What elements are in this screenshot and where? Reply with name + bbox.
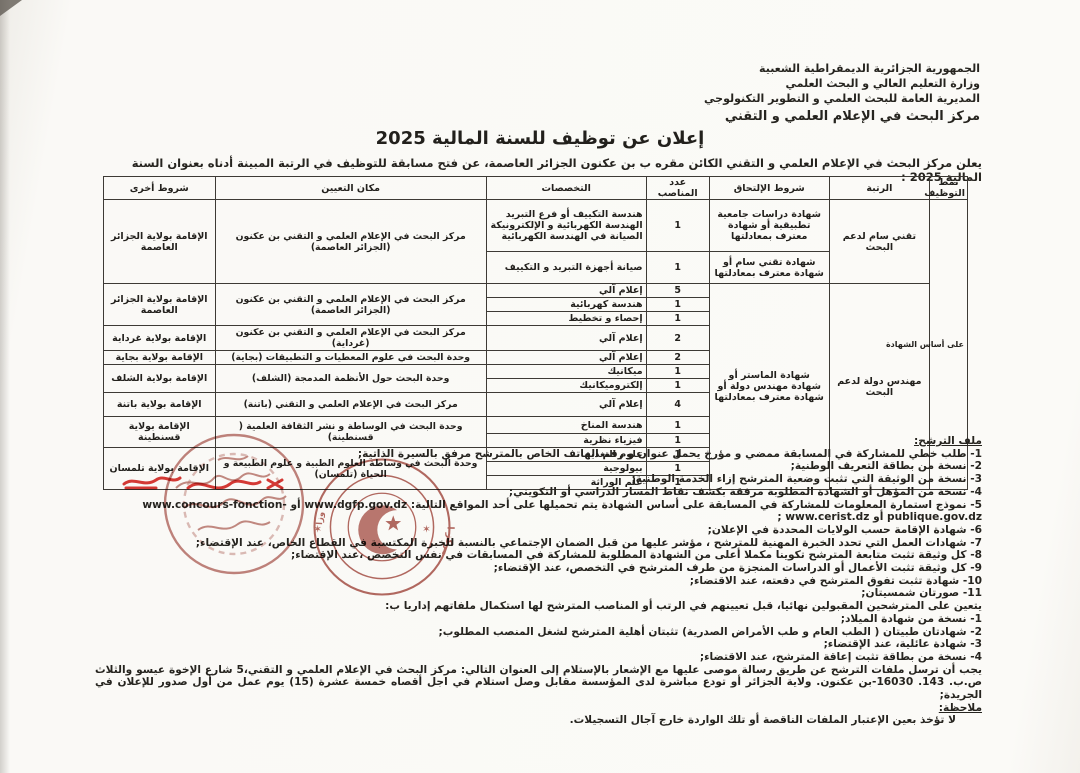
cell-count: 4: [646, 393, 709, 417]
letterhead-line-republic: الجمهورية الجزائرية الديمقراطية الشعبية: [704, 62, 980, 77]
cell-other-condition: الإقامة بولاية الجزائر العاصمة: [104, 200, 216, 284]
stamp-star-right: ✶: [422, 524, 431, 536]
cell-other-condition: الإقامة بولاية بجاية: [104, 351, 216, 365]
scanned-document-page: { "header": { "line1": "الجمهورية الجزائ…: [0, 0, 1080, 773]
complete-section-intro: يتعين على المترشحين المقبولين نهائيا، قب…: [95, 600, 982, 613]
col-header-location: مكان التعيين: [215, 177, 486, 200]
cell-location: مركز البحث في الإعلام العلمي و التقني (ب…: [215, 393, 486, 417]
letterhead-line-ministry: وزارة التعليم العالي و البحث العلمي: [704, 77, 980, 92]
cell-specialty: إلكتروميكانيك: [486, 379, 646, 393]
cell-location: وحدة البحث حول الأنظمة المدمجة (الشلف): [215, 365, 486, 393]
cell-other-condition: الإقامة بولاية الجزائر العاصمة: [104, 284, 216, 326]
cell-specialty: صيانة أجهزة التبريد و التكييف: [486, 252, 646, 284]
stamp-star-left: ✶: [313, 524, 322, 536]
table-row: على أساس الشهادة تقني سام لدعم البحث شها…: [104, 200, 968, 252]
col-header-recruitment-mode: نمط التوظيف: [929, 177, 967, 200]
col-header-positions: عدد المناصب: [646, 177, 709, 200]
red-signature-mark: [118, 458, 298, 528]
cell-condition: شهادة تقني سام أو شهادة معترف بمعادلتها: [709, 252, 829, 284]
scan-edge-shade: [0, 0, 10, 773]
letterhead-line-directorate: المديرية العامة للبحث العلمي و التطوير ا…: [704, 92, 980, 107]
col-header-rank: الرتبة: [829, 177, 929, 200]
svg-text:وزارة التعليم العالي و البحث ا: وزارة التعليم العالي و البحث العلمي: [306, 452, 327, 525]
cell-specialty: هندسة المناخ: [486, 417, 646, 434]
letterhead: الجمهورية الجزائرية الديمقراطية الشعبية …: [704, 62, 980, 125]
submission-paragraph: يجب أن ترسل ملفات الترشح عن طريق رسالة م…: [95, 664, 982, 702]
note-text: لا تؤخذ بعين الإعتبار الملفات الناقصة أو…: [95, 714, 982, 727]
cell-count: 2: [646, 351, 709, 365]
cell-location: وحدة البحث في علوم المعطيات و التطبيقات …: [215, 351, 486, 365]
table-row: مهندس دولة لدعم البحث شهادة الماستر أو ش…: [104, 284, 968, 298]
list-item: 3- شهادة عائلية، عند الإقتضاء;: [95, 638, 982, 651]
cell-count: 1: [646, 417, 709, 434]
cell-location: مركز البحث في الإعلام العلمي و التقني بن…: [215, 284, 486, 326]
cell-specialty: هندسة كهربائية: [486, 298, 646, 312]
announcement-title: إعلان عن توظيف للسنة المالية 2025: [0, 128, 1080, 149]
list-item: 2- شهادتان طبيتان ( الطب العام و طب الأم…: [95, 626, 982, 639]
cell-count: 1: [646, 252, 709, 284]
cell-count: 1: [646, 365, 709, 379]
list-item: 1- نسخة من شهادة الميلاد;: [95, 613, 982, 626]
cell-other-condition: الإقامة بولاية الشلف: [104, 365, 216, 393]
cell-specialty: هندسة التكييف أو فرع التبريد الهندسة الك…: [486, 200, 646, 252]
cell-count: 1: [646, 200, 709, 252]
cell-location: مركز البحث في الإعلام العلمي و التقني بن…: [215, 200, 486, 284]
complete-file-list: 1- نسخة من شهادة الميلاد; 2- شهادتان طبي…: [95, 613, 982, 664]
cell-specialty: ميكانيك: [486, 365, 646, 379]
cell-specialty: إحصاء و تخطيط: [486, 312, 646, 326]
official-round-stamp: وزارة التعليم العالي و البحث العلمي مركز…: [306, 452, 458, 602]
col-header-conditions: شروط الإلتحاق: [709, 177, 829, 200]
cell-count: 2: [646, 326, 709, 351]
cell-location: مركز البحث في الإعلام العلمي و التقني بن…: [215, 326, 486, 351]
stamp-ring-text-top: وزارة التعليم العالي و البحث العلمي: [306, 452, 327, 525]
cell-rank-technician: تقني سام لدعم البحث: [829, 200, 929, 284]
cell-count: 1: [646, 379, 709, 393]
cell-specialty: إعلام آلي: [486, 326, 646, 351]
cell-count: 5: [646, 284, 709, 298]
cell-count: 1: [646, 298, 709, 312]
cell-other-condition: الإقامة بولاية باتنة: [104, 393, 216, 417]
cell-condition: شهادة دراسات جامعية تطبيقية أو شهادة معت…: [709, 200, 829, 252]
note-heading: ملاحظة:: [95, 702, 982, 715]
list-item: 11- صورتان شمسيتان;: [95, 587, 982, 600]
cell-other-condition: الإقامة بولاية غرداية: [104, 326, 216, 351]
table-header-row: نمط التوظيف الرتبة شروط الإلتحاق عدد الم…: [104, 177, 968, 200]
cell-specialty: إعلام آلي: [486, 284, 646, 298]
letterhead-line-center: مركز البحث في الإعلام العلمي و التقني: [704, 108, 980, 126]
col-header-other-conditions: شروط أخرى: [104, 177, 216, 200]
cell-specialty: إعلام آلي: [486, 351, 646, 365]
list-item: 4- نسخة من بطاقة تثبت إعاقة المترشح، عند…: [95, 651, 982, 664]
cell-specialty: إعلام آلي: [486, 393, 646, 417]
cell-count: 1: [646, 312, 709, 326]
col-header-specialties: التخصصات: [486, 177, 646, 200]
